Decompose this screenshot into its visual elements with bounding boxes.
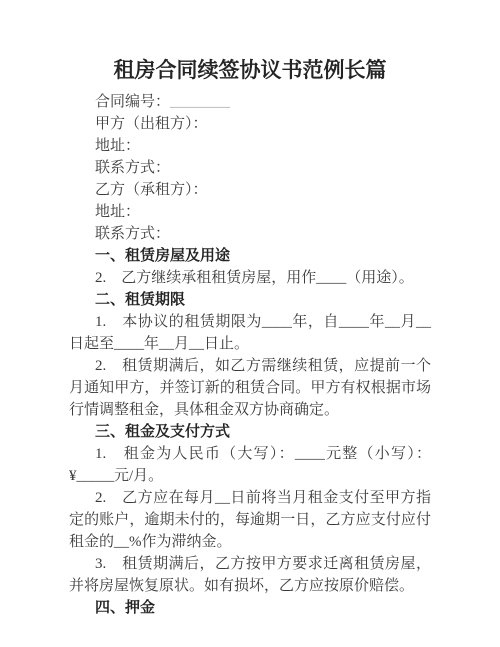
party-a-title-line: 甲方（出租方）： xyxy=(69,113,431,135)
section-4-heading: 四、押金 xyxy=(69,597,431,619)
section-3-heading: 三、租金及支付方式 xyxy=(69,421,431,443)
section-1-clause-2: 2. 乙方继续承租租赁房屋，用作____（用途）。 xyxy=(69,267,431,289)
document-page: 租房合同续签协议书范例长篇 合同编号：________ 甲方（出租方）： 地址：… xyxy=(0,0,500,647)
party-b-address-line: 地址： xyxy=(69,201,431,223)
section-2-clause-1: 1. 本协议的租赁期限为____年，自____年__月__日起至____年__月… xyxy=(69,311,431,355)
section-2-heading: 二、租赁期限 xyxy=(69,289,431,311)
section-3-clause-3: 3. 租赁期满后，乙方按甲方要求迁离租赁房屋，并将房屋恢复原状。如有损坏，乙方应… xyxy=(69,553,431,597)
party-b-contact-line: 联系方式： xyxy=(69,223,431,245)
section-1-heading: 一、租赁房屋及用途 xyxy=(69,245,431,267)
contract-number-blank: ________ xyxy=(170,94,230,110)
party-a-address-line: 地址： xyxy=(69,135,431,157)
contract-number-label: 合同编号： xyxy=(95,94,170,110)
section-3-clause-2: 2. 乙方应在每月__日前将当月租金支付至甲方指定的账户，逾期未付的，每逾期一日… xyxy=(69,487,431,553)
party-b-title-line: 乙方（承租方）： xyxy=(69,179,431,201)
contract-number-line: 合同编号：________ xyxy=(69,91,431,113)
section-3-clause-1: 1. 租金为人民币（大写）：____元整（小写）：¥_____元/月。 xyxy=(69,443,431,487)
document-title: 租房合同续签协议书范例长篇 xyxy=(69,56,431,84)
party-a-contact-line: 联系方式： xyxy=(69,157,431,179)
section-2-clause-2: 2. 租赁期满后，如乙方需继续租赁，应提前一个月通知甲方，并签订新的租赁合同。甲… xyxy=(69,355,431,421)
